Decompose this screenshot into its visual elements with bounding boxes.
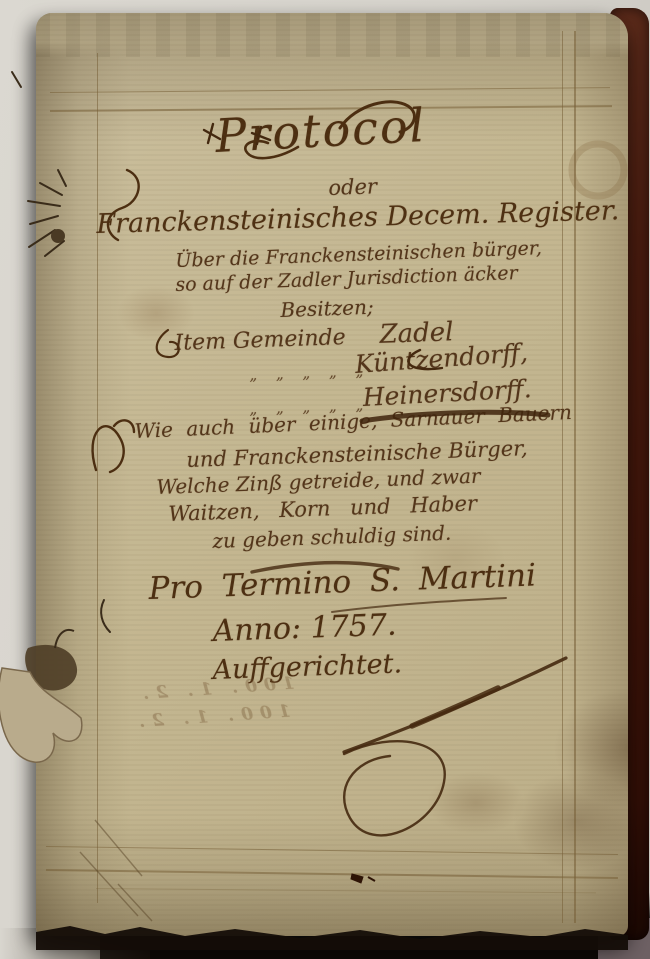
- dating-line-termino: Pro Termino S. Martini: [148, 557, 537, 607]
- ditto-marks: „ „ „ „ „: [249, 362, 370, 384]
- ruled-line-bottom-1: [46, 846, 618, 855]
- page-top-edge: [36, 13, 628, 57]
- manuscript-page: Protocol oder Franckensteinisches Decem.…: [36, 13, 628, 936]
- ruled-margin-right-inner: [562, 31, 563, 923]
- register-title: Franckensteinisches Decem. Register.: [96, 195, 620, 240]
- ruled-line-bottom-2: [46, 869, 618, 879]
- ink-bleedthrough-line: 100. 1. 2.: [131, 701, 291, 732]
- ruled-margin-left: [97, 53, 98, 903]
- title-connector: oder: [328, 174, 377, 200]
- dating-line-anno: Anno: 1757.: [212, 608, 397, 649]
- manuscript-title: Protocol: [214, 98, 428, 163]
- photograph-of-manuscript: Protocol oder Franckensteinisches Decem.…: [0, 0, 650, 959]
- ruled-line-top-1: [50, 87, 610, 93]
- jurisdiction-line: Besitzen;: [280, 295, 374, 322]
- addendum-line: zu geben schuldig sind.: [212, 521, 452, 553]
- ruled-line-bottom-3: [96, 888, 596, 893]
- ink-bleedthrough-line: 100. 1. 2.: [135, 673, 295, 704]
- ruled-margin-right-outer: [574, 31, 576, 923]
- community-intro: Item Gemeinde: [174, 325, 346, 356]
